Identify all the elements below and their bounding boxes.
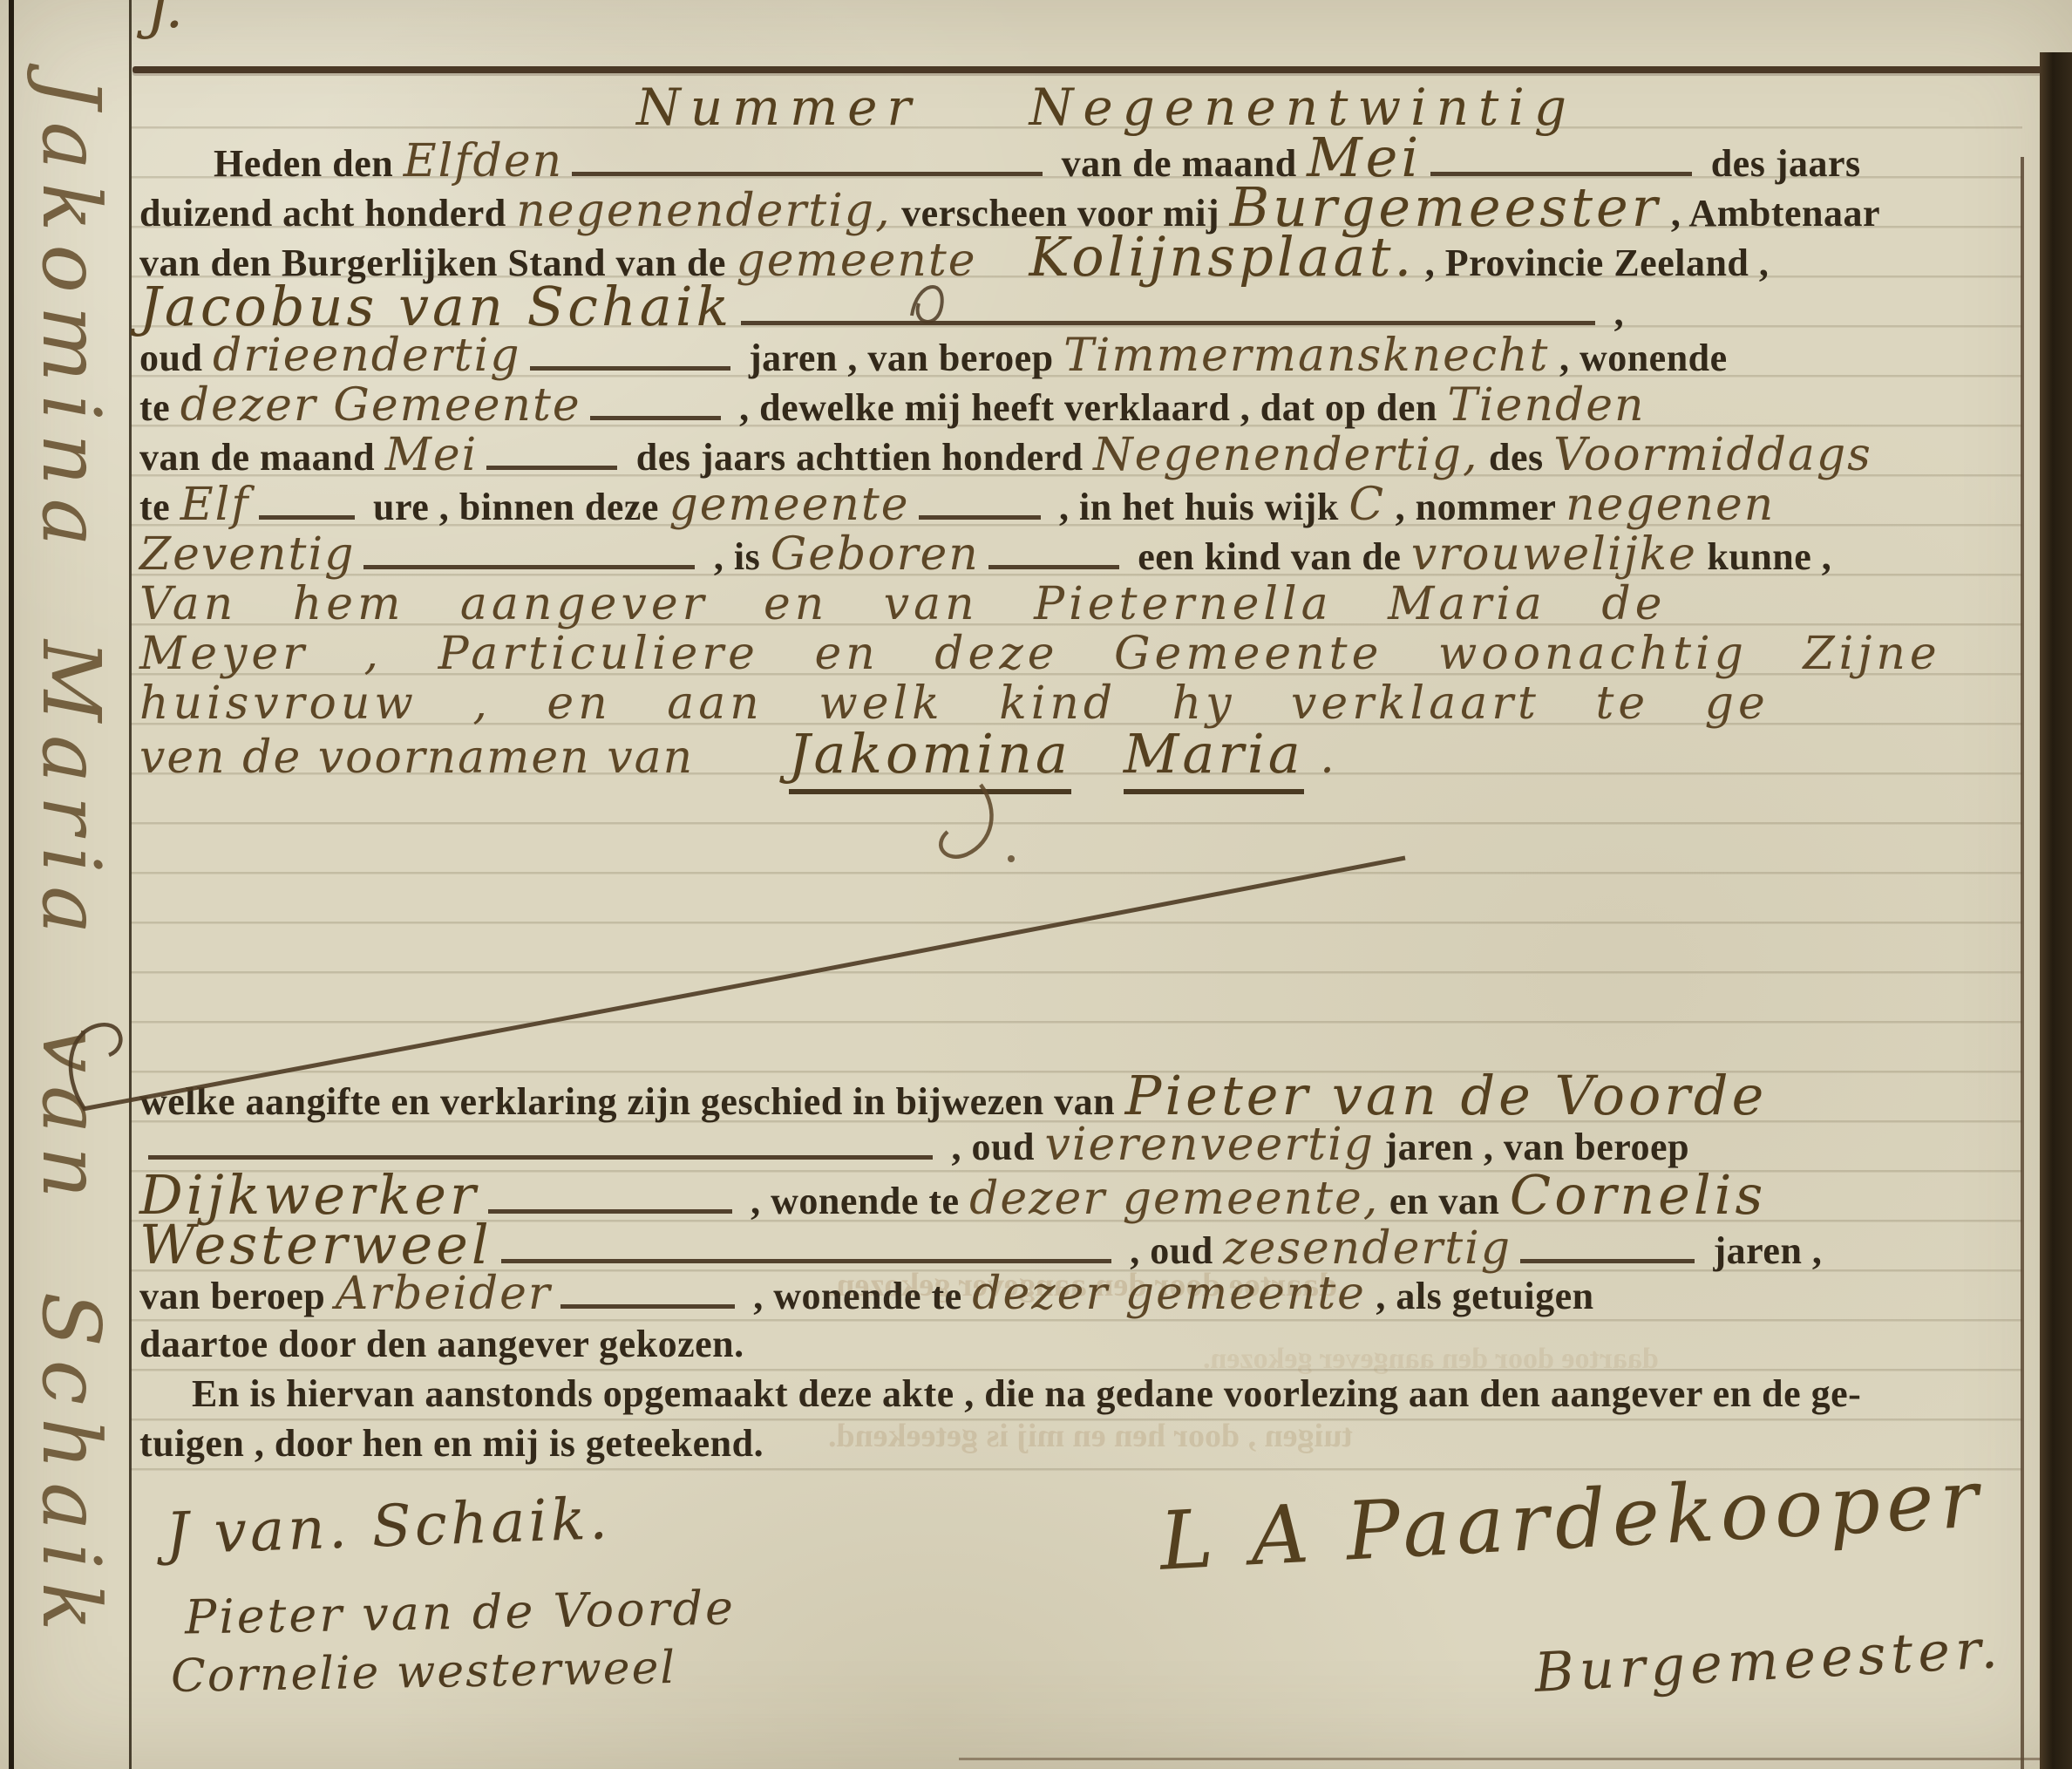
printed-text: kunne , <box>1697 535 1831 578</box>
blank-fill-line <box>486 462 617 470</box>
act-body-text: Nummer NegenentwintigHeden den Elfden va… <box>139 83 2021 779</box>
handwritten-text: Geboren <box>771 528 980 581</box>
form-bottom-rule <box>959 1758 2044 1760</box>
handwritten-text: Meyer , Particuliere en deze Gemeente wo… <box>139 628 1941 680</box>
printed-text: Heden den <box>214 142 404 185</box>
printed-text: , Ambtenaar <box>1661 192 1880 235</box>
gap <box>1071 771 1124 772</box>
blank-fill-line <box>363 561 695 569</box>
printed-text: , Provincie Zeeland , <box>1415 242 1769 284</box>
handwritten-text: Kolijnsplaat. <box>1029 225 1416 289</box>
line-birth-month: van de maand Mei des jaars achttien hond… <box>139 431 2021 480</box>
line-closing-1: En is hiervan aanstonds opgemaakt deze a… <box>139 1369 2021 1419</box>
handwritten-text: vrouwelijke <box>1411 528 1697 581</box>
act-witness-text: welke aangifte en verklaring zijn geschi… <box>139 1071 2021 1468</box>
line-witness-chosen: daartoe door den aangever gekozen. <box>139 1319 2021 1369</box>
printed-text: , wonende <box>1549 337 1727 379</box>
printed-text: oud <box>139 337 213 379</box>
handwritten-text: Nummer Negenentwintig <box>636 78 1576 137</box>
signature-witness-2: Cornelie westerweel <box>171 1642 677 1703</box>
printed-text: , wonende te <box>744 1275 972 1317</box>
printed-text: jaren , van beroep <box>739 337 1064 379</box>
handwritten-text: Van hem aangever en van Pieternella Mari… <box>139 578 1667 630</box>
handwritten-text: Negenendertig, <box>1093 429 1478 481</box>
printed-text: welke aangifte en verklaring zijn geschi… <box>139 1080 1125 1123</box>
blank-fill-line <box>1520 1255 1695 1263</box>
handwritten-text: gemeente <box>669 479 909 531</box>
handwritten-text: zesendertig <box>1223 1222 1512 1275</box>
blank-fill-line <box>148 1152 933 1160</box>
printed-text: des <box>1479 436 1554 479</box>
handwritten-text: . <box>1304 731 1336 784</box>
printed-text: ure , binnen deze <box>363 486 669 528</box>
line-number-header: Nummer Negenentwintig <box>139 83 2021 133</box>
line-house-number: Zeventig , is Geboren een kind van de vr… <box>139 530 2021 580</box>
line-age-profession: oud drieendertig jaren , van beroep Timm… <box>139 331 2021 381</box>
handwritten-text: Elf <box>180 479 250 531</box>
handwritten-text: dezer Gemeente <box>180 379 581 432</box>
blank-fill-line <box>590 412 721 420</box>
signature-burgemeester-title: Burgemeester. <box>1532 1616 2004 1704</box>
printed-text: en van <box>1379 1180 1509 1222</box>
gap <box>977 274 1029 276</box>
line-residence: te dezer Gemeente , dewelke mij heeft ve… <box>139 381 2021 431</box>
printed-text: , nommer <box>1385 486 1566 528</box>
printed-text: tuigen , door hen en mij is geteekend. <box>139 1422 764 1465</box>
handwritten-text: Tienden <box>1447 379 1645 432</box>
form-top-rule <box>132 66 2048 73</box>
printed-text: duizend acht honderd <box>139 192 516 235</box>
handwritten-text: Voormiddags <box>1553 429 1872 481</box>
printed-text: van beroep <box>139 1275 336 1317</box>
line-witness2-profession: van beroep Arbeider , wonende te dezer g… <box>139 1269 2021 1319</box>
line-closing-2: tuigen , door hen en mij is geteekend. <box>139 1419 2021 1468</box>
printed-text: , is <box>703 535 770 578</box>
form-right-vertical-rule <box>2021 157 2024 1769</box>
handwritten-text: gemeente <box>736 235 976 287</box>
blank-fill-line <box>501 1255 1111 1263</box>
blank-fill-line <box>1430 168 1692 176</box>
handwritten-text: dezer gemeente, <box>969 1173 1379 1225</box>
signature-witness-1: Pieter van de Voorde <box>184 1580 736 1644</box>
blank-fill-line <box>488 1206 732 1214</box>
handwritten-text: Mei <box>385 429 479 481</box>
handwritten-text: negenendertig, <box>516 185 891 237</box>
blank-fill-line <box>988 561 1119 569</box>
form-left-vertical-rule <box>129 0 132 1769</box>
handwritten-text: drieendertig <box>213 330 521 382</box>
printed-text: te <box>139 386 180 429</box>
handwritten-text: vierenveertig <box>1044 1119 1375 1171</box>
line-declarant-name: Jacobus van Schaik , <box>139 282 2021 331</box>
line-parents-1: Van hem aangever en van Pieternella Mari… <box>139 580 2021 629</box>
printed-text: jaren , van beroep <box>1375 1126 1689 1168</box>
gap <box>710 771 789 772</box>
blank-fill-line <box>530 363 730 371</box>
blank-fill-line <box>560 1301 735 1309</box>
line-witness2-name: Westerweel , oud zesendertig jaren , <box>139 1220 2021 1269</box>
line-birth-hour: te Elf ure , binnen deze gemeente , in h… <box>139 480 2021 530</box>
printed-text: En is hiervan aanstonds opgemaakt deze a… <box>192 1372 1861 1415</box>
printed-text: des jaars achttien honderd <box>626 436 1093 479</box>
printed-text: , wonende te <box>741 1180 969 1222</box>
printed-text: des jaars <box>1701 142 1860 185</box>
handwritten-name-underlined: Maria <box>1124 722 1304 794</box>
line-parents-3: huisvrouw , en aan welk kind hy verklaar… <box>139 679 2021 729</box>
birth-certificate-page: Jakomina Maria van Schaik J. daartoe doo… <box>0 0 2072 1769</box>
printed-text: te <box>139 486 180 528</box>
blank-fill-line <box>919 512 1041 520</box>
line-witness-intro: welke aangifte en verklaring zijn geschi… <box>139 1071 2021 1120</box>
handwritten-text: ven de voornamen van <box>139 731 710 784</box>
line-date-opening: Heden den Elfden van de maand Mei des ja… <box>139 133 2021 182</box>
signature-declarant: J van. Schaik. <box>165 1485 612 1568</box>
binding-edge-band <box>2040 52 2072 1769</box>
blank-fill-line <box>572 168 1043 176</box>
page-left-edge <box>9 0 14 1769</box>
blank-fill-line <box>741 317 1595 325</box>
printed-text: een kind van de <box>1128 535 1411 578</box>
handwritten-name-underlined: Jakomina <box>789 722 1071 794</box>
line-parents-2: Meyer , Particuliere en deze Gemeente wo… <box>139 629 2021 679</box>
margin-child-name: Jakomina Maria van Schaik <box>19 77 122 1769</box>
handwritten-text: Elfden <box>404 135 563 187</box>
handwritten-text: dezer gemeente <box>972 1268 1366 1320</box>
line-child-names: ven de voornamen van JakominaMaria . <box>139 729 2021 779</box>
clipped-handwriting-fragment: J. <box>146 0 183 41</box>
handwritten-text: Timmermansknecht <box>1063 330 1549 382</box>
handwritten-text: negenen <box>1566 479 1775 531</box>
handwritten-text: C <box>1348 479 1385 531</box>
printed-text: , oud <box>941 1126 1044 1168</box>
printed-text: , in het huis wijk <box>1050 486 1349 528</box>
handwritten-text: Cornelis <box>1510 1163 1767 1227</box>
handwritten-text: Zeventig <box>139 528 355 581</box>
printed-text: daartoe door den aangever gekozen. <box>139 1323 744 1365</box>
printed-text: , oud <box>1120 1229 1223 1272</box>
printed-text: van de maand <box>139 436 385 479</box>
printed-text: , als getuigen <box>1366 1275 1594 1317</box>
printed-text: , <box>1604 291 1624 334</box>
handwritten-text: Arbeider <box>336 1268 552 1320</box>
printed-text: , dewelke mij heeft verklaard , dat op d… <box>730 386 1448 429</box>
printed-text: jaren , <box>1703 1229 1822 1272</box>
blank-fill-line <box>259 512 355 520</box>
